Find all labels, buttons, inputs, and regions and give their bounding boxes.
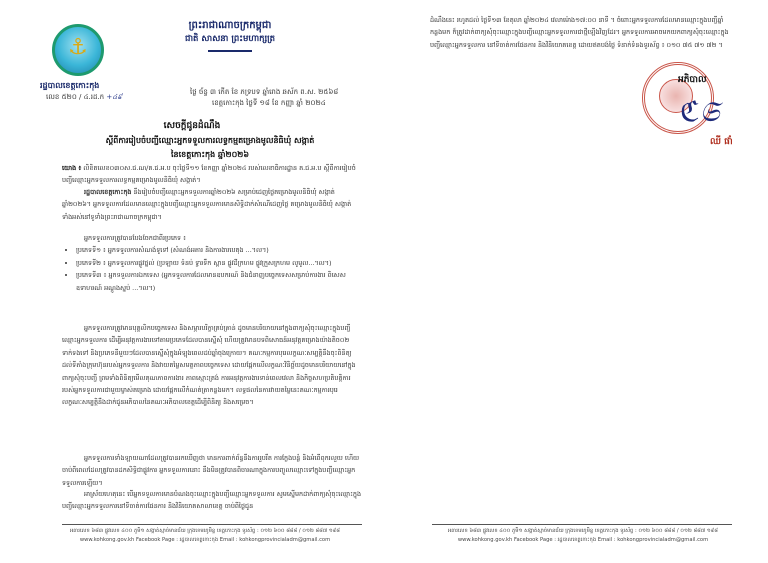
intro-paragraph: រដ្ឋបាលខេត្តកោះកុង នឹងរៀបចំបញ្ជីឈ្មោះអ្ន… — [62, 186, 362, 223]
evaluation-paragraph: អ្នកទទួលការត្រូវមានបុគ្គលិកបច្ចេកទេស និង… — [62, 322, 362, 409]
footer-facebook[interactable]: រដ្ឋបាលខេត្តកោះកុង — [558, 537, 597, 543]
footer-email[interactable]: kohkongprovincialadm@gmail.com — [617, 537, 708, 543]
subject-line-1: ស្តីពីការរៀបចំបញ្ជីឈ្មោះអ្នកទទួលការលទ្ធក… — [60, 134, 360, 148]
handwritten-note: +៤៩ — [106, 93, 122, 101]
anchor-icon: ⚓ — [55, 35, 101, 61]
exclusion-paragraph: អ្នកទទួលការទាំងឡាយណាដែលត្រូវបានរកឃើញថា ម… — [62, 452, 362, 489]
application-paragraph: អាស្រ័យហេតុនេះ បើអ្នកទទួលការមានបំណងចុះឈ្… — [62, 488, 362, 513]
exclusion-text: អ្នកទទួលការទាំងឡាយណាដែលត្រូវបានរកឃើញថា ម… — [62, 452, 362, 489]
footer-website[interactable]: www.kohkong.gov.kh — [80, 537, 134, 543]
continuation-paragraph: ដំណឹងនេះ រហូតដល់ ថ្ងៃទី១៣ ខែតុលា ឆ្នាំ២០… — [430, 14, 730, 51]
categories-section: អ្នកទទួលការត្រូវបានបែងចែកជាពីរប្រភេទ ៖ ប… — [62, 232, 362, 294]
kingdom-heading: ព្រះរាជាណាចក្រកម្ពុជា — [160, 18, 300, 33]
motto-divider — [208, 50, 252, 52]
signatory-name: ឈី ផាំ — [710, 136, 733, 149]
signatory-title: អភិបាល — [678, 74, 707, 87]
provincial-emblem-icon: ⚓ — [52, 24, 104, 76]
application-text: អាស្រ័យហេតុនេះ បើអ្នកទទួលការមានបំណងចុះឈ្… — [62, 488, 362, 513]
national-motto: ជាតិ សាសនា ព្រះមហាក្សត្រ — [160, 34, 300, 46]
footer-address: អគារលេខ ៦៨៣ ផ្លូវលេខ ៤០០ ភូមិ១ សង្កាត់ស្… — [40, 527, 370, 536]
categories-intro: អ្នកទទួលការត្រូវបានបែងចែកជាពីរប្រភេទ ៖ — [62, 232, 362, 244]
reference-label: យោង ៖ — [62, 164, 81, 172]
category-item: ប្រភេទទី៣ ៖ អ្នកទទួលការឯកទេស (អ្នកទទួលកា… — [76, 269, 362, 294]
footer-address: អគារលេខ ៦៨៣ ផ្លូវលេខ ៤០០ ភូមិ១ សង្កាត់ស្… — [418, 527, 748, 536]
signature-icon: ℭ𝔖 — [680, 95, 719, 129]
footer-email[interactable]: kohkongprovincialadm@gmail.com — [239, 537, 330, 543]
notice-title: សេចក្តីជូនដំណឹង — [0, 120, 384, 133]
footer-contacts: www.kohkong.gov.kh Facebook Page : រដ្ឋប… — [40, 536, 370, 545]
subject-line-2: នៃខេត្តកោះកុង ឆ្នាំ២០២៦ — [60, 148, 360, 162]
department-name: រដ្ឋបាលខេត្តកោះកុង — [40, 80, 99, 92]
reference-no-value: ៥២០ / ៤.រដ.ក — [62, 93, 105, 101]
notice-subject: ស្តីពីការរៀបចំបញ្ជីឈ្មោះអ្នកទទួលការលទ្ធក… — [60, 134, 360, 162]
page-1-footer: អគារលេខ ៦៨៣ ផ្លូវលេខ ៤០០ ភូមិ១ សង្កាត់ស្… — [40, 527, 370, 545]
footer-facebook[interactable]: រដ្ឋបាលខេត្តកោះកុង — [180, 537, 219, 543]
footer-email-label: Email : — [220, 537, 238, 543]
solar-date: ខេត្តកោះកុង ថ្ងៃទី ១៨ ខែ កញ្ញា ឆ្នាំ ២០២… — [212, 99, 326, 109]
reference-paragraph: យោង ៖ លិខិតលេខ០៣០ស.ជ.ណ/គ.ជ.អ.ប ចុះថ្ងៃទី… — [62, 162, 362, 187]
page-1: ⚓ រដ្ឋបាលខេត្តកោះកុង លេខ ៥២០ / ៤.រដ.ក +៤… — [0, 0, 384, 563]
reference-no-label: លេខ — [46, 93, 59, 101]
footer-divider — [62, 524, 362, 525]
footer-email-label: Email : — [598, 537, 616, 543]
page-2-footer: អគារលេខ ៦៨៣ ផ្លូវលេខ ៤០០ ភូមិ១ សង្កាត់ស្… — [418, 527, 748, 545]
evaluation-text: អ្នកទទួលការត្រូវមានបុគ្គលិកបច្ចេកទេស និង… — [62, 322, 362, 409]
reference-text: លិខិតលេខ០៣០ស.ជ.ណ/គ.ជ.អ.ប ចុះថ្ងៃទី១១ ខែក… — [62, 164, 356, 184]
footer-facebook-label: Facebook Page : — [136, 537, 178, 543]
continuation-text: ដំណឹងនេះ រហូតដល់ ថ្ងៃទី១៣ ខែតុលា ឆ្នាំ២០… — [430, 14, 730, 51]
category-item: ប្រភេទទី១ ៖ អ្នកទទួលការសំណង់ទូទៅ (សំណង់អ… — [76, 244, 362, 256]
footer-facebook-label: Facebook Page : — [514, 537, 556, 543]
category-item: ប្រភេទទី២ ៖ អ្នកទទួលការផ្លូវថ្នល់ (ប្រឡា… — [76, 257, 362, 269]
lunar-date: ថ្ងៃ ច័ន្ទ ៣ កើត ខែ ភទ្របទ ឆ្នាំរោង ឆស័ក… — [190, 88, 338, 98]
footer-contacts: www.kohkong.gov.kh Facebook Page : រដ្ឋប… — [418, 536, 748, 545]
footer-website[interactable]: www.kohkong.gov.kh — [458, 537, 512, 543]
page-2-footer-divider — [432, 524, 732, 525]
intro-lead: រដ្ឋបាលខេត្តកោះកុង — [84, 188, 131, 196]
reference-number: លេខ ៥២០ / ៤.រដ.ក +៤៩ — [46, 93, 122, 103]
categories-list: ប្រភេទទី១ ៖ អ្នកទទួលការសំណង់ទូទៅ (សំណង់អ… — [62, 244, 362, 294]
